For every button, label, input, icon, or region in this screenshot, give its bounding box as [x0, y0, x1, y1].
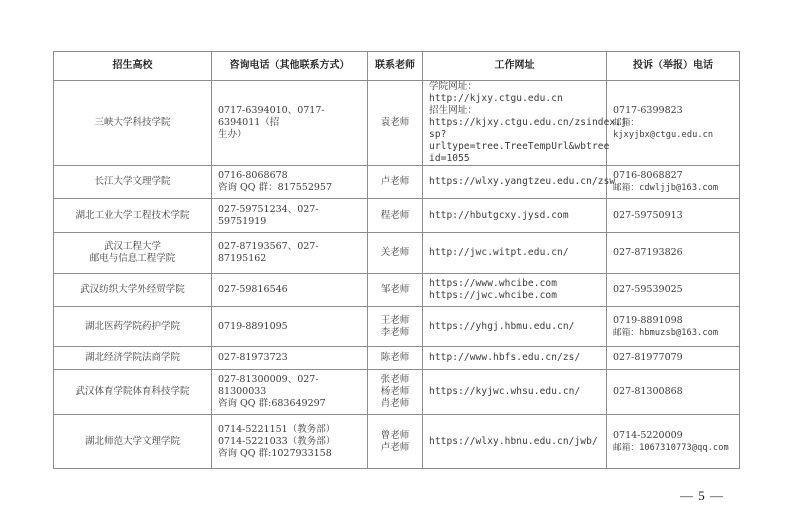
complaint-line: 0719-8891098	[613, 315, 733, 327]
complaint-line: 027-81300868	[613, 386, 733, 398]
school-cell: 武汉纺织大学外经贸学院	[54, 274, 212, 307]
table-body: 三峡大学科技学院0717-6394010、0717-6394011（招生办）袁老…	[54, 81, 740, 469]
website-cell: http://hbutgcxy.jysd.com	[423, 199, 607, 233]
website-line[interactable]: https://kjxy.ctgu.edu.cn/zsindex.j	[429, 117, 600, 129]
website-cell: https://wlxy.yangtzeu.edu.cn/zsw	[423, 166, 607, 199]
complaint-line: 027-59539025	[613, 284, 733, 296]
phone-line: 027-59751234、027-59751919	[218, 204, 361, 228]
teacher-cell: 邹老师	[368, 274, 423, 307]
school-cell: 湖北师范大学文理学院	[54, 415, 212, 469]
phone-line: 0716-8068678	[218, 170, 361, 182]
website-line[interactable]: https://www.whcibe.com	[429, 278, 600, 290]
website-cell: http://www.hbfs.edu.cn/zs/	[423, 347, 607, 370]
header-school: 招生高校	[54, 52, 212, 81]
complaint-line: 0717-6399823	[613, 105, 733, 117]
phone-cell: 027-59816546	[212, 274, 368, 307]
header-complaint: 投诉（举报）电话	[607, 52, 740, 81]
phone-cell: 027-81300009、027-81300033咨询 QQ 群:6836492…	[212, 370, 368, 415]
school-line: 武汉工程大学	[60, 241, 205, 253]
school-line: 武汉纺织大学外经贸学院	[60, 284, 205, 296]
school-cell: 武汉体育学院体育科技学院	[54, 370, 212, 415]
contact-table: 招生高校 咨询电话（其他联系方式） 联系老师 工作网址 投诉（举报）电话 三峡大…	[53, 51, 740, 469]
website-cell: https://www.whcibe.comhttps://jwc.whcibe…	[423, 274, 607, 307]
website-line[interactable]: 招生网址：	[429, 105, 600, 117]
phone-line: 0719-8891095	[218, 321, 361, 333]
phone-line: 0717-6394010、0717-6394011（招	[218, 105, 361, 129]
teacher-line: 卢老师	[374, 442, 416, 454]
website-cell: 学院网址：http://kjxy.ctgu.edu.cn招生网址：https:/…	[423, 81, 607, 166]
website-cell: https://wlxy.hbnu.edu.cn/jwb/	[423, 415, 607, 469]
teacher-line: 王老师	[374, 315, 416, 327]
website-line[interactable]: https://wlxy.yangtzeu.edu.cn/zsw	[429, 176, 600, 188]
teacher-line: 李老师	[374, 327, 416, 339]
phone-cell: 0716-8068678咨询 QQ 群：817552957	[212, 166, 368, 199]
school-cell: 长江大学文理学院	[54, 166, 212, 199]
teacher-line: 肖老师	[374, 398, 416, 410]
teacher-line: 关老师	[374, 247, 416, 259]
complaint-line: 027-87193826	[613, 247, 733, 259]
complaint-cell: 0714-5220009邮箱：1067310773@qq.com	[607, 415, 740, 469]
website-line[interactable]: sp?urltype=tree.TreeTempUrl&wbtree	[429, 129, 600, 153]
website-line[interactable]: 学院网址：http://kjxy.ctgu.edu.cn	[429, 81, 600, 105]
school-cell: 湖北经济学院法商学院	[54, 347, 212, 370]
school-line: 湖北工业大学工程技术学院	[60, 210, 205, 222]
website-cell: https://kyjwc.whsu.edu.cn/	[423, 370, 607, 415]
phone-line: 027-81300009、027-81300033	[218, 374, 361, 398]
teacher-cell: 王老师李老师	[368, 307, 423, 347]
website-line[interactable]: http://www.hbfs.edu.cn/zs/	[429, 352, 600, 364]
page-number: — 5 —	[680, 488, 724, 504]
table-row: 武汉工程大学邮电与信息工程学院027-87193567、027-87195162…	[54, 233, 740, 274]
complaint-cell: 027-87193826	[607, 233, 740, 274]
website-line[interactable]: https://jwc.whcibe.com	[429, 290, 600, 302]
teacher-line: 陈老师	[374, 352, 416, 364]
complaint-line: 027-81977079	[613, 352, 733, 364]
website-line[interactable]: http://hbutgcxy.jysd.com	[429, 210, 600, 222]
school-cell: 湖北医药学院药护学院	[54, 307, 212, 347]
phone-line: 咨询 QQ 群：817552957	[218, 182, 361, 194]
website-line[interactable]: https://yhgj.hbmu.edu.cn/	[429, 321, 600, 333]
school-cell: 三峡大学科技学院	[54, 81, 212, 166]
complaint-line: 0714-5220009	[613, 430, 733, 442]
teacher-cell: 程老师	[368, 199, 423, 233]
website-line[interactable]: https://wlxy.hbnu.edu.cn/jwb/	[429, 436, 600, 448]
table-row: 湖北医药学院药护学院0719-8891095王老师李老师https://yhgj…	[54, 307, 740, 347]
phone-cell: 0714-5221151（教务部）0714-5221033（教务部）咨询 QQ …	[212, 415, 368, 469]
teacher-line: 曾老师	[374, 430, 416, 442]
phone-line: 0714-5221033（教务部）	[218, 436, 361, 448]
header-website: 工作网址	[423, 52, 607, 81]
school-line: 长江大学文理学院	[60, 176, 205, 188]
table-row: 湖北经济学院法商学院027-81973723陈老师http://www.hbfs…	[54, 347, 740, 370]
table-row: 三峡大学科技学院0717-6394010、0717-6394011（招生办）袁老…	[54, 81, 740, 166]
phone-line: 027-81973723	[218, 352, 361, 364]
phone-cell: 0717-6394010、0717-6394011（招生办）	[212, 81, 368, 166]
website-cell: https://yhgj.hbmu.edu.cn/	[423, 307, 607, 347]
complaint-cell: 027-81300868	[607, 370, 740, 415]
complaint-cell: 0719-8891098邮箱：hbmuzsb@163.com	[607, 307, 740, 347]
table-row: 湖北师范大学文理学院0714-5221151（教务部）0714-5221033（…	[54, 415, 740, 469]
complaint-cell: 0716-8068827邮箱：cdwljjb@163.com	[607, 166, 740, 199]
complaint-cell: 027-59539025	[607, 274, 740, 307]
table-row: 武汉体育学院体育科技学院027-81300009、027-81300033咨询 …	[54, 370, 740, 415]
teacher-cell: 关老师	[368, 233, 423, 274]
school-line: 湖北医药学院药护学院	[60, 321, 205, 333]
phone-cell: 027-87193567、027-87195162	[212, 233, 368, 274]
table-header-row: 招生高校 咨询电话（其他联系方式） 联系老师 工作网址 投诉（举报）电话	[54, 52, 740, 81]
teacher-cell: 袁老师	[368, 81, 423, 166]
school-line: 武汉体育学院体育科技学院	[60, 386, 205, 398]
phone-cell: 027-59751234、027-59751919	[212, 199, 368, 233]
complaint-line: 邮箱：cdwljjb@163.com	[613, 182, 733, 194]
teacher-line: 张老师	[374, 374, 416, 386]
header-teacher: 联系老师	[368, 52, 423, 81]
school-line: 三峡大学科技学院	[60, 117, 205, 129]
table-row: 湖北工业大学工程技术学院027-59751234、027-59751919程老师…	[54, 199, 740, 233]
school-line: 湖北经济学院法商学院	[60, 352, 205, 364]
teacher-cell: 曾老师卢老师	[368, 415, 423, 469]
website-line[interactable]: http://jwc.witpt.edu.cn/	[429, 247, 600, 259]
complaint-line: 0716-8068827	[613, 170, 733, 182]
teacher-cell: 陈老师	[368, 347, 423, 370]
table-row: 长江大学文理学院0716-8068678咨询 QQ 群：817552957卢老师…	[54, 166, 740, 199]
phone-line: 0714-5221151（教务部）	[218, 424, 361, 436]
table-row: 武汉纺织大学外经贸学院027-59816546邹老师https://www.wh…	[54, 274, 740, 307]
school-line: 湖北师范大学文理学院	[60, 436, 205, 448]
complaint-line: 邮箱：1067310773@qq.com	[613, 442, 733, 454]
phone-cell: 0719-8891095	[212, 307, 368, 347]
teacher-line: 卢老师	[374, 176, 416, 188]
phone-line: 咨询 QQ 群:1027933158	[218, 448, 361, 460]
school-cell: 湖北工业大学工程技术学院	[54, 199, 212, 233]
teacher-line: 袁老师	[374, 117, 416, 129]
website-cell: http://jwc.witpt.edu.cn/	[423, 233, 607, 274]
phone-line: 027-87193567、027-87195162	[218, 241, 361, 265]
phone-cell: 027-81973723	[212, 347, 368, 370]
complaint-cell: 027-59750913	[607, 199, 740, 233]
teacher-line: 邹老师	[374, 284, 416, 296]
school-cell: 武汉工程大学邮电与信息工程学院	[54, 233, 212, 274]
website-line[interactable]: id=1055	[429, 153, 600, 165]
school-line: 邮电与信息工程学院	[60, 253, 205, 265]
website-line[interactable]: https://kyjwc.whsu.edu.cn/	[429, 386, 600, 398]
teacher-line: 杨老师	[374, 386, 416, 398]
complaint-line: 邮箱：kjxyjbx@ctgu.edu.cn	[613, 117, 733, 141]
header-phone: 咨询电话（其他联系方式）	[212, 52, 368, 81]
teacher-cell: 卢老师	[368, 166, 423, 199]
phone-line: 咨询 QQ 群:683649297	[218, 398, 361, 410]
teacher-line: 程老师	[374, 210, 416, 222]
complaint-line: 邮箱：hbmuzsb@163.com	[613, 327, 733, 339]
phone-line: 027-59816546	[218, 284, 361, 296]
complaint-cell: 027-81977079	[607, 347, 740, 370]
complaint-cell: 0717-6399823邮箱：kjxyjbx@ctgu.edu.cn	[607, 81, 740, 166]
teacher-cell: 张老师杨老师肖老师	[368, 370, 423, 415]
complaint-line: 027-59750913	[613, 210, 733, 222]
phone-line: 生办）	[218, 129, 361, 141]
